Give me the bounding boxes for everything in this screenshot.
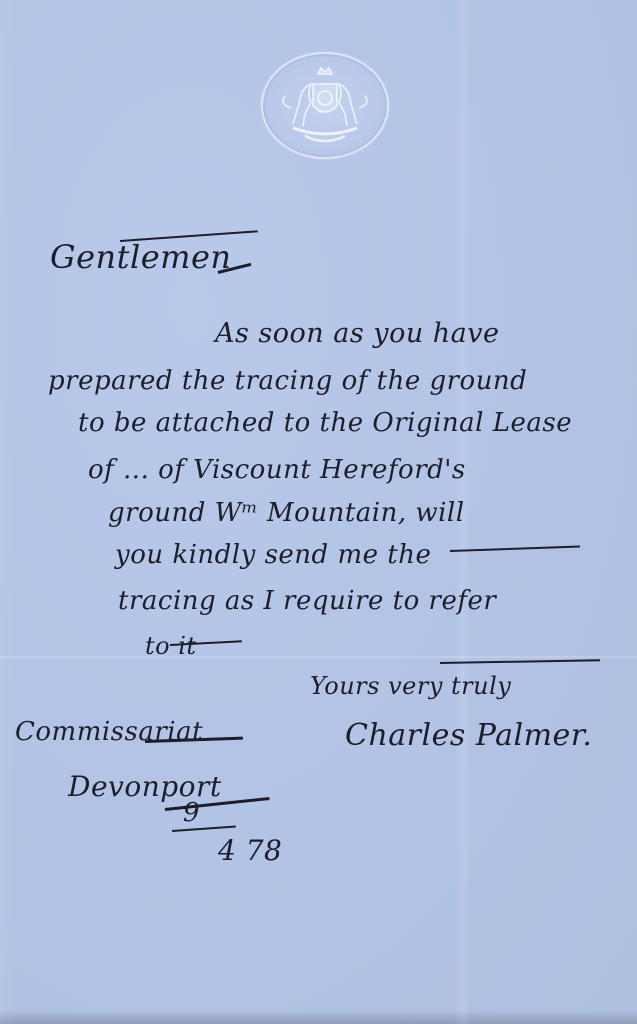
body-line: to it: [145, 632, 197, 660]
body-line: of ... of Viscount Hereford's: [88, 455, 466, 485]
closing: Yours very truly: [310, 672, 511, 700]
body-line: prepared the tracing of the ground: [48, 366, 527, 396]
date-month-year: 4 78: [218, 834, 282, 867]
body-line: you kindly send me the: [115, 540, 431, 570]
paper-fold: [0, 656, 637, 658]
salutation: Gentlemen: [50, 238, 232, 276]
crest-icon: [263, 54, 387, 157]
body-line: tracing as I require to refer: [118, 586, 496, 616]
body-line: As soon as you have: [215, 318, 500, 349]
embossed-coat-of-arms: [261, 52, 389, 159]
body-line: to be attached to the Original Lease: [78, 408, 572, 438]
signature: Charles Palmer.: [345, 718, 592, 753]
sender-office: Commissariat: [15, 717, 203, 747]
body-line: ground Wᵐ Mountain, will: [108, 498, 465, 528]
date-day: 9: [183, 798, 200, 828]
